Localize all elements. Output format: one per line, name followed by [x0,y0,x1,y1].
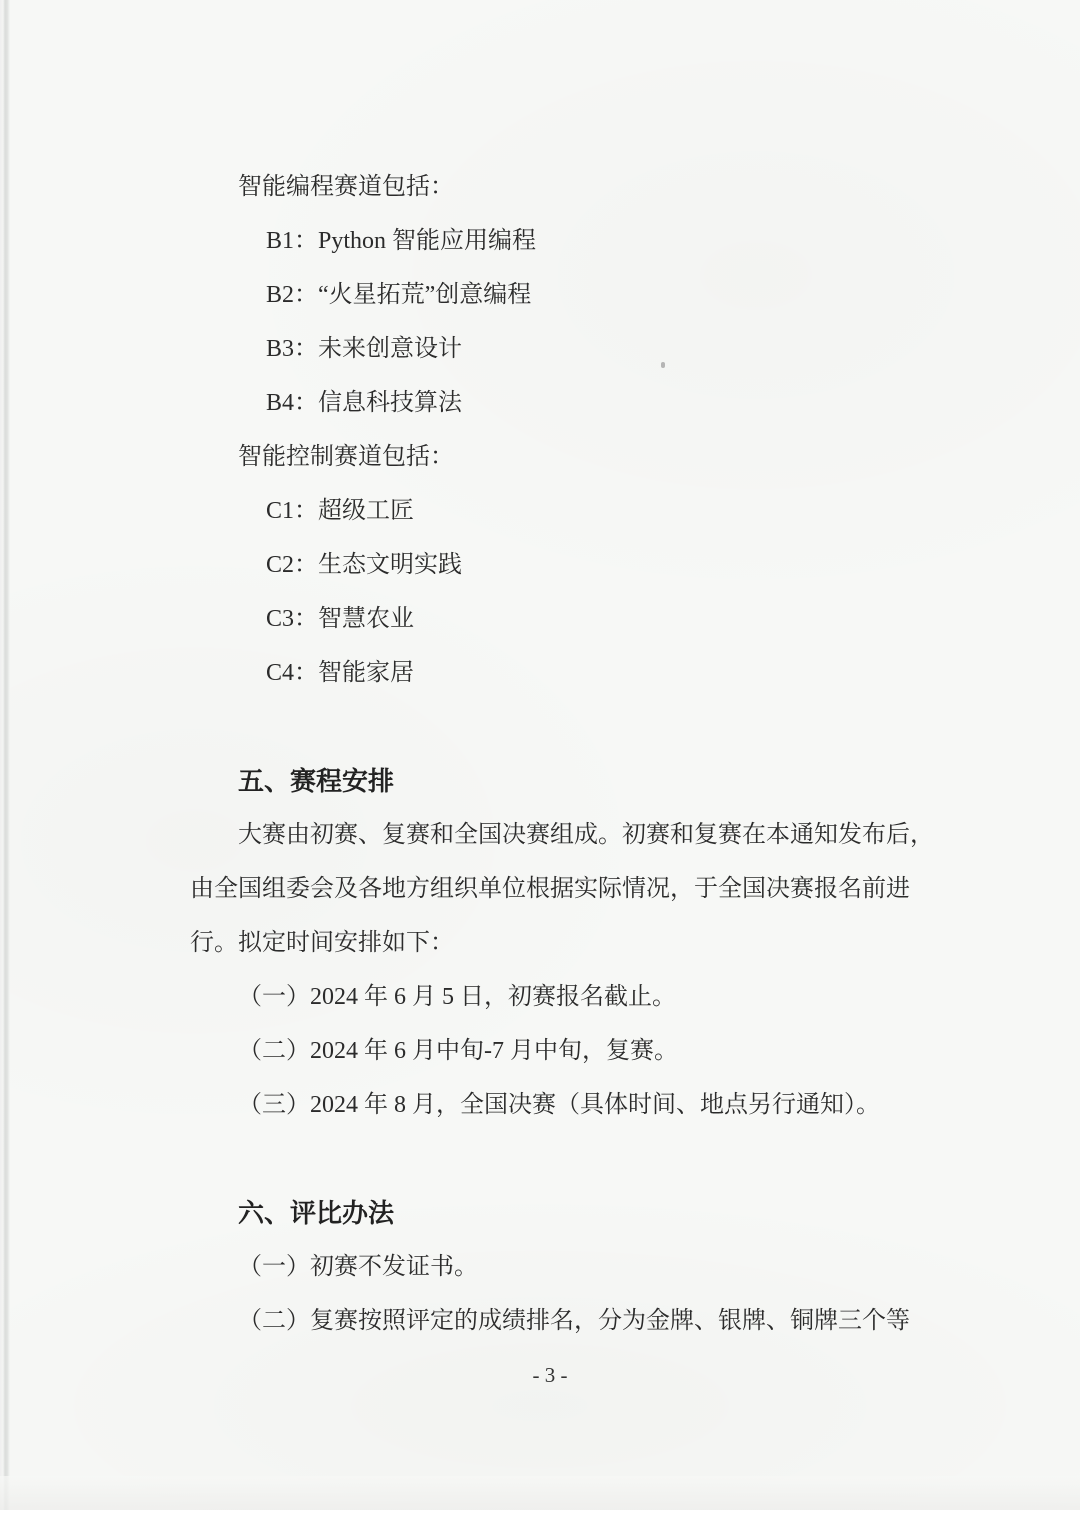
document-content: 智能编程赛道包括： B1：Python 智能应用编程 B2：“火星拓荒”创意编程… [190,160,910,1402]
evaluation-item-1: （一）初赛不发证书。 [190,1240,910,1294]
scan-bottom-shadow [0,1476,1080,1510]
schedule-item-1: （一）2024 年 6 月 5 日，初赛报名截止。 [190,970,910,1024]
track-item-b1: B1：Python 智能应用编程 [190,214,910,268]
section-6-heading: 六、评比办法 [190,1186,910,1240]
scan-bottom-edge [0,1510,1080,1528]
control-track-intro: 智能控制赛道包括： [190,430,910,484]
track-item-b2: B2：“火星拓荒”创意编程 [190,268,910,322]
track-item-b4: B4：信息科技算法 [190,376,910,430]
blank-line [190,1132,910,1186]
page-number: - 3 - [190,1348,910,1402]
track-item-c2: C2：生态文明实践 [190,538,910,592]
schedule-item-3: （三）2024 年 8 月，全国决赛（具体时间、地点另行通知）。 [190,1078,910,1132]
schedule-paragraph-line-3: 行。拟定时间安排如下： [190,916,910,970]
section-5-heading: 五、赛程安排 [190,754,910,808]
track-item-c3: C3：智慧农业 [190,592,910,646]
programming-track-intro: 智能编程赛道包括： [190,160,910,214]
schedule-paragraph-line-2: 由全国组委会及各地方组织单位根据实际情况，于全国决赛报名前进 [190,862,910,916]
evaluation-item-2: （二）复赛按照评定的成绩排名，分为金牌、银牌、铜牌三个等 [190,1294,910,1348]
schedule-item-2: （二）2024 年 6 月中旬-7 月中旬，复赛。 [190,1024,910,1078]
scanned-document-page: 智能编程赛道包括： B1：Python 智能应用编程 B2：“火星拓荒”创意编程… [0,0,1080,1528]
track-item-b3: B3：未来创意设计 [190,322,910,376]
blank-line [190,700,910,754]
scan-speck [661,362,665,368]
track-item-c4: C4：智能家居 [190,646,910,700]
track-item-c1: C1：超级工匠 [190,484,910,538]
schedule-paragraph-line-1: 大赛由初赛、复赛和全国决赛组成。初赛和复赛在本通知发布后， [190,808,910,862]
scan-left-edge-shadow [0,0,10,1528]
